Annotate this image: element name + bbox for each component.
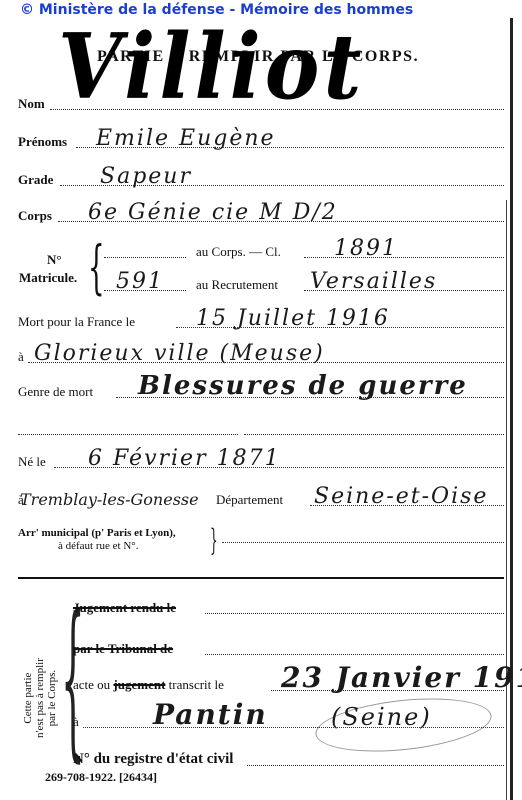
au-corps-label: au Corps. — Cl.	[196, 244, 281, 260]
corps-label: Corps	[18, 208, 52, 224]
recrutement-value: Versailles	[310, 269, 437, 294]
recrutement-no-value: 591	[116, 269, 164, 294]
genre-mort-value: Blessures de guerre	[138, 371, 468, 401]
ne-le-label: Né le	[18, 454, 46, 470]
prenoms-label: Prénoms	[18, 134, 67, 150]
lieu-naissance-value: Tremblay-les-Gonesse	[20, 490, 199, 509]
form-reference: 269-708-1922. [26434]	[45, 770, 157, 785]
matricule-brace: {	[88, 238, 105, 296]
field-jugement: Jugement rendu le	[73, 596, 504, 618]
field-ne-le: Né le 6 Février 1871	[18, 450, 504, 472]
side-note: Cette partie n'est pas à remplir par le …	[22, 658, 58, 738]
grade-label: Grade	[18, 172, 53, 188]
matricule-recrutement-row: 591 au Recrutement Versailles	[104, 273, 504, 295]
matricule-corps-row: au Corps. — Cl. 1891	[104, 240, 504, 262]
mort-label: Mort pour la France le	[18, 314, 135, 330]
lieu-mort-value: Glorieux ville (Meuse)	[34, 341, 325, 366]
nom-dots	[50, 109, 504, 110]
side-note-line3: par le Corps.	[46, 658, 58, 738]
corps-value: 6e Génie cie M D/2	[88, 200, 338, 225]
arr-dots	[222, 542, 504, 543]
field-corps: Corps 6e Génie cie M D/2	[18, 204, 504, 226]
grade-value: Sapeur	[100, 164, 192, 189]
blank-line-left	[18, 434, 238, 435]
registre-dots	[247, 765, 504, 766]
field-lieu-mort: à Glorieux ville (Meuse)	[18, 345, 504, 367]
field-prenoms: Prénoms Emile Eugène	[18, 130, 504, 152]
classe-value: 1891	[334, 236, 398, 261]
jugement-label: Jugement rendu le	[73, 600, 176, 616]
genre-mort-label: Genre de mort	[18, 384, 93, 400]
tribunal-dots	[205, 654, 504, 655]
nom-label: Nom	[18, 96, 45, 112]
lieu-transcription-dept: (Seine)	[331, 703, 432, 731]
lieu-transcription-label: à	[73, 714, 79, 730]
lieu-transcription-value: Pantin	[153, 698, 268, 731]
field-lieu-transcription: à Pantin (Seine)	[73, 710, 504, 732]
mort-value: 15 Juillet 1916	[196, 306, 390, 331]
acte-label-1: acte ou	[73, 677, 110, 692]
registre-label: N° du registre d'état civil	[73, 751, 233, 768]
acte-value: 23 Janvier 1917	[281, 661, 522, 694]
lieu-transcription-dots	[83, 727, 504, 728]
ne-le-value: 6 Février 1871	[88, 446, 281, 471]
prenoms-value: Emile Eugène	[96, 126, 276, 151]
tribunal-label: par le Tribunal de	[73, 641, 173, 657]
matricule-corps-dots	[104, 257, 186, 258]
field-mort: Mort pour la France le 15 Juillet 1916	[18, 310, 504, 332]
page-border-inner	[506, 200, 507, 800]
field-acte: acte ou jugement transcrit le 23 Janvier…	[73, 673, 504, 695]
field-lieu-naissance: à Tremblay-les-Gonesse Département Seine…	[18, 488, 504, 510]
field-tribunal: par le Tribunal de	[73, 637, 504, 659]
field-nom: Nom	[18, 92, 504, 114]
field-grade: Grade Sapeur	[18, 168, 504, 190]
section-divider	[18, 577, 504, 579]
side-note-line1: Cette partie	[22, 658, 34, 738]
jugement-dots	[205, 613, 504, 614]
departement-value: Seine-et-Oise	[314, 484, 488, 509]
acte-label-2: transcrit le	[169, 677, 224, 692]
side-note-line2: n'est pas à remplir	[34, 658, 46, 738]
lieu-mort-label: à	[18, 349, 24, 365]
recrutement-label: au Recrutement	[196, 277, 278, 293]
acte-label: acte ou jugement transcrit le	[73, 677, 224, 693]
field-genre-mort: Genre de mort Blessures de guerre	[18, 380, 504, 402]
acte-label-struck: jugement	[113, 677, 165, 692]
arr-brace: }	[210, 526, 218, 556]
departement-label: Département	[216, 492, 283, 508]
blank-line-right	[244, 434, 504, 435]
field-registre: N° du registre d'état civil	[73, 748, 504, 770]
